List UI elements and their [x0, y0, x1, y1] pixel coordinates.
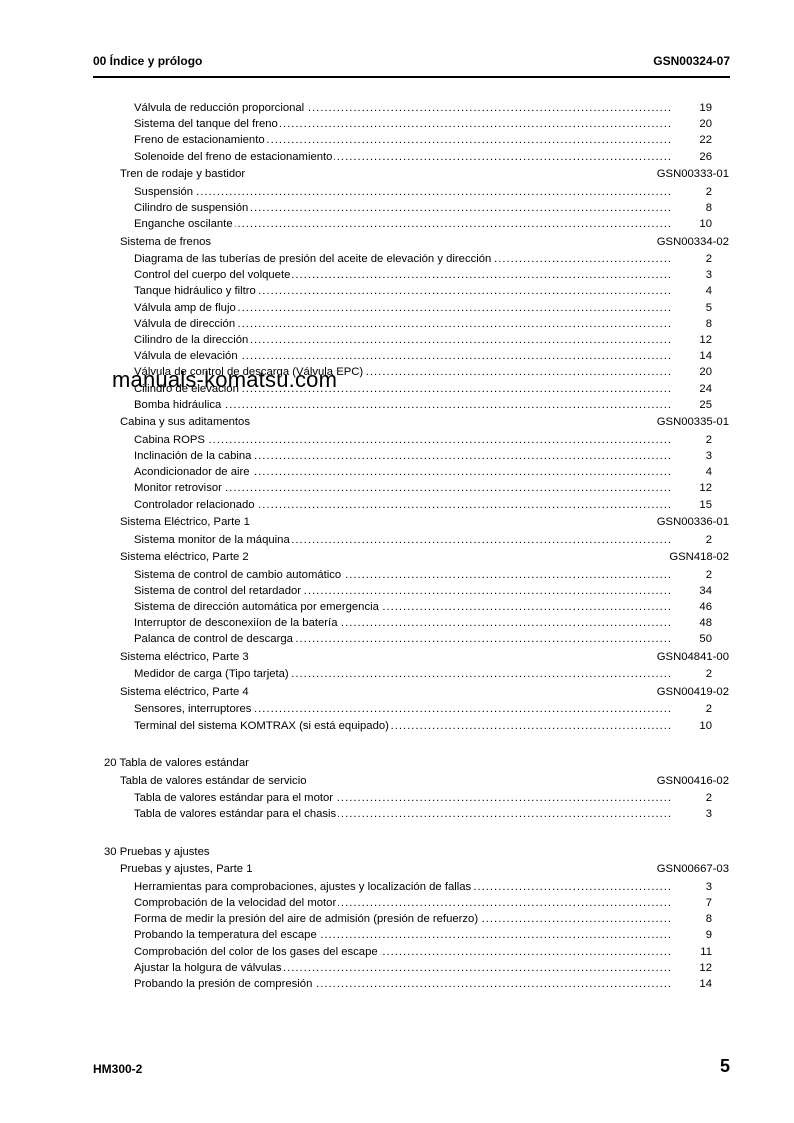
toc-page-number: 2 [706, 252, 712, 267]
toc-entry[interactable]: Cilindro de la dirección................… [134, 333, 712, 348]
toc-title: Suspensión [134, 185, 195, 200]
toc-title: Cabina y sus aditamentos [120, 415, 252, 430]
toc-page-number: 3 [706, 268, 712, 283]
toc-entry[interactable]: Tanque hidráulico y filtro..............… [134, 284, 712, 299]
toc-entry[interactable]: Válvula de elevación....................… [134, 349, 712, 364]
toc-page-number: 22 [699, 133, 712, 148]
toc-page-number: 10 [699, 217, 712, 232]
toc-title: Sistema de frenos [120, 235, 213, 250]
toc-title: Diagrama de las tuberías de presión del … [134, 252, 493, 267]
toc-chapter[interactable]: 20 Tabla de valores estándar [104, 756, 712, 771]
toc-title: Tabla de valores estándar para el motor [134, 791, 335, 806]
toc-entry[interactable]: Sistema monitor de la máquina...........… [134, 533, 712, 548]
dot-leader: ........................................… [134, 185, 670, 200]
toc-title: Comprobación de la velocidad del motor [134, 896, 338, 911]
toc-page-number: 34 [699, 584, 712, 599]
toc-entry[interactable]: Forma de medir la presión del aire de ad… [134, 912, 712, 927]
toc-entry[interactable]: Cabina ROPS.............................… [134, 433, 712, 448]
toc-title: Freno de estacionamiento [134, 133, 267, 148]
toc-title: Sensores, interruptores [134, 702, 253, 717]
toc-page-number: 46 [699, 600, 712, 615]
toc-title: Sistema de control del retardador [134, 584, 303, 599]
toc-entry[interactable]: Comprobación de la velocidad del motor..… [134, 896, 712, 911]
toc-title: Inclinación de la cabina [134, 449, 253, 464]
toc-title: Control del cuerpo del volquete [134, 268, 292, 283]
toc-title: Tabla de valores estándar para el chasis [134, 807, 338, 822]
toc-entry[interactable]: Sistema de dirección automática por emer… [134, 600, 712, 615]
toc-page-number: 3 [706, 449, 712, 464]
toc-title: Probando la presión de compresión [134, 977, 314, 992]
toc-page-number: 2 [706, 791, 712, 806]
toc-title: Monitor retrovisor [134, 481, 224, 496]
toc-title: Solenoide del freno de estacionamiento [134, 150, 334, 165]
toc-title: Bomba hidráulica [134, 398, 223, 413]
toc-section-code: GSN00335-01 [657, 415, 729, 430]
toc-title: Cabina ROPS [134, 433, 207, 448]
toc-title: Herramientas para comprobaciones, ajuste… [134, 880, 473, 895]
toc-section-code: GSN00336-01 [657, 515, 729, 530]
toc-page-number: 12 [699, 481, 712, 496]
toc-page-number: 25 [699, 398, 712, 413]
toc-title: Sistema Eléctrico, Parte 1 [120, 515, 252, 530]
toc-title: Medidor de carga (Tipo tarjeta) [134, 667, 291, 682]
toc-section[interactable]: Sistema Eléctrico, Parte 1GSN00336-01 [120, 515, 729, 530]
toc-title: Controlador relacionado [134, 498, 257, 513]
toc-section[interactable]: Pruebas y ajustes, Parte 1GSN00667-03 [120, 862, 729, 877]
toc-title: Sistema monitor de la máquina [134, 533, 292, 548]
toc-page-number: 2 [706, 185, 712, 200]
toc-entry[interactable]: Ajustar la holgura de válvulas..........… [134, 961, 712, 976]
toc-page-number: 3 [706, 880, 712, 895]
toc-title: Cilindro de la dirección [134, 333, 250, 348]
toc-title: Enganche oscilante [134, 217, 235, 232]
toc-page-number: 2 [706, 667, 712, 682]
toc-entry[interactable]: Cilindro de suspensión..................… [134, 201, 712, 216]
toc-title: Acondicionador de aire [134, 465, 252, 480]
dot-leader: ........................................… [134, 433, 670, 448]
toc-page-number: 2 [706, 702, 712, 717]
toc-title: Ajustar la holgura de válvulas [134, 961, 284, 976]
toc-entry[interactable]: Válvula amp de flujo....................… [134, 301, 712, 316]
toc-entry[interactable]: Suspensión..............................… [134, 185, 712, 200]
toc-page-number: 9 [706, 928, 712, 943]
toc-entry[interactable]: Sistema del tanque del freno............… [134, 117, 712, 132]
toc-section-code: GSN04841-00 [657, 650, 729, 665]
toc-section[interactable]: Tabla de valores estándar de servicioGSN… [120, 774, 729, 789]
toc-title: Válvula amp de flujo [134, 301, 238, 316]
toc-page-number: 50 [699, 632, 712, 647]
header-divider [93, 76, 730, 78]
toc-section[interactable]: Sistema eléctrico, Parte 4GSN00419-02 [120, 685, 729, 700]
toc-section-code: GSN00667-03 [657, 862, 729, 877]
toc-entry[interactable]: Tabla de valores estándar para el motor.… [134, 791, 712, 806]
toc-chapter[interactable]: 30 Pruebas y ajustes [104, 845, 712, 860]
toc-entry[interactable]: Diagrama de las tuberías de presión del … [134, 252, 712, 267]
toc-title: Interruptor de desconexiíon de la baterí… [134, 616, 339, 631]
toc-page-number: 2 [706, 568, 712, 583]
toc-section[interactable]: Tren de rodaje y bastidorGSN00333-01 [120, 167, 729, 182]
toc-entry[interactable]: Monitor retrovisor......................… [134, 481, 712, 496]
toc-title: Tabla de valores estándar de servicio [120, 774, 309, 789]
toc-section-code: GSN00419-02 [657, 685, 729, 700]
toc-entry[interactable]: Controlador relacionado.................… [134, 498, 712, 513]
toc-page-number: 3 [706, 807, 712, 822]
toc-page-number: 24 [699, 382, 712, 397]
toc-entry[interactable]: Sistema de control del retardador.......… [134, 584, 712, 599]
toc-title: 30 Pruebas y ajustes [104, 845, 212, 860]
toc-title: Sistema eléctrico, Parte 2 [120, 550, 251, 565]
toc-page-number: 10 [699, 719, 712, 734]
toc-section-code: GSN418-02 [669, 550, 729, 565]
toc-page-number: 20 [699, 117, 712, 132]
toc-title: Palanca de control de descarga [134, 632, 295, 647]
toc-page-number: 5 [706, 301, 712, 316]
toc-page-number: 4 [706, 284, 712, 299]
toc-page-number: 7 [706, 896, 712, 911]
toc-page-number: 2 [706, 433, 712, 448]
toc-entry[interactable]: Inclinación de la cabina................… [134, 449, 712, 464]
toc-section[interactable]: Sistema eléctrico, Parte 2GSN418-02 [120, 550, 729, 565]
toc-title: Válvula de elevación [134, 349, 240, 364]
toc-section-code: GSN00334-02 [657, 235, 729, 250]
toc-entry[interactable]: Medidor de carga (Tipo tarjeta).........… [134, 667, 712, 682]
toc-page-number: 48 [699, 616, 712, 631]
toc-entry[interactable]: Freno de estacionamiento................… [134, 133, 712, 148]
toc-entry[interactable]: Interruptor de desconexiíon de la baterí… [134, 616, 712, 631]
toc-page-number: 15 [699, 498, 712, 513]
toc-page-number: 11 [700, 945, 712, 960]
toc-entry[interactable]: Válvula de reducción proporcional.......… [134, 101, 712, 116]
toc-page-number: 14 [699, 977, 712, 992]
toc-page-number: 19 [699, 101, 712, 116]
toc-section-code: GSN00416-02 [657, 774, 729, 789]
toc-title: Tanque hidráulico y filtro [134, 284, 258, 299]
toc-entry[interactable]: Tabla de valores estándar para el chasis… [134, 807, 712, 822]
watermark: manuals-komatsu.com [112, 367, 337, 393]
toc-page-number: 12 [699, 333, 712, 348]
toc-entry[interactable]: Herramientas para comprobaciones, ajuste… [134, 880, 712, 895]
toc-title: Sistema de dirección automática por emer… [134, 600, 381, 615]
toc-section[interactable]: Cabina y sus aditamentosGSN00335-01 [120, 415, 729, 430]
toc-entry[interactable]: Acondicionador de aire..................… [134, 465, 712, 480]
toc-title: Comprobación del color de los gases del … [134, 945, 380, 960]
toc-entry[interactable]: Bomba hidráulica........................… [134, 398, 712, 413]
toc-title: 20 Tabla de valores estándar [104, 756, 251, 771]
toc-title: Probando la temperatura del escape [134, 928, 319, 943]
toc-entry[interactable]: Comprobación del color de los gases del … [134, 945, 712, 960]
toc-title: Sistema del tanque del freno [134, 117, 280, 132]
toc-title: Válvula de reducción proporcional [134, 101, 306, 116]
toc-section[interactable]: Sistema eléctrico, Parte 3GSN04841-00 [120, 650, 729, 665]
toc-page-number: 12 [699, 961, 712, 976]
document-code: GSN00324-07 [653, 54, 730, 68]
page-number: 5 [720, 1056, 730, 1077]
toc-title: Cilindro de suspensión [134, 201, 250, 216]
toc-page-number: 8 [706, 317, 712, 332]
toc-entry[interactable]: Válvula de dirección....................… [134, 317, 712, 332]
toc-entry[interactable]: Palanca de control de descarga..........… [134, 632, 712, 647]
section-title: 00 Índice y prólogo [93, 54, 202, 68]
toc-page-number: 4 [706, 465, 712, 480]
toc-title: Forma de medir la presión del aire de ad… [134, 912, 480, 927]
toc-entry[interactable]: Sensores, interruptores.................… [134, 702, 712, 717]
toc-page-number: 2 [706, 533, 712, 548]
page-header: 00 Índice y prólogo GSN00324-07 [93, 54, 730, 70]
toc-page-number: 14 [699, 349, 712, 364]
toc-entry[interactable]: Control del cuerpo del volquete.........… [134, 268, 712, 283]
toc-entry[interactable]: Terminal del sistema KOMTRAX (si está eq… [134, 719, 712, 734]
toc-page-number: 8 [706, 912, 712, 927]
toc-section[interactable]: Sistema de frenosGSN00334-02 [120, 235, 729, 250]
toc-title: Sistema eléctrico, Parte 3 [120, 650, 251, 665]
model-label: HM300-2 [93, 1062, 142, 1076]
toc-entry[interactable]: Sistema de control de cambio automático.… [134, 568, 712, 583]
toc-page-number: 26 [699, 150, 712, 165]
toc-entry[interactable]: Enganche oscilante......................… [134, 217, 712, 232]
toc-entry[interactable]: Probando la presión de compresión.......… [134, 977, 712, 992]
toc-entry[interactable]: Probando la temperatura del escape......… [134, 928, 712, 943]
toc-title: Tren de rodaje y bastidor [120, 167, 247, 182]
toc-entry[interactable]: Solenoide del freno de estacionamiento..… [134, 150, 712, 165]
toc-title: Terminal del sistema KOMTRAX (si está eq… [134, 719, 391, 734]
toc-page-number: 8 [706, 201, 712, 216]
toc-title: Sistema de control de cambio automático [134, 568, 343, 583]
toc-title: Válvula de dirección [134, 317, 237, 332]
toc-section-code: GSN00333-01 [657, 167, 729, 182]
toc-title: Pruebas y ajustes, Parte 1 [120, 862, 255, 877]
toc-title: Sistema eléctrico, Parte 4 [120, 685, 251, 700]
toc-page-number: 20 [699, 365, 712, 380]
